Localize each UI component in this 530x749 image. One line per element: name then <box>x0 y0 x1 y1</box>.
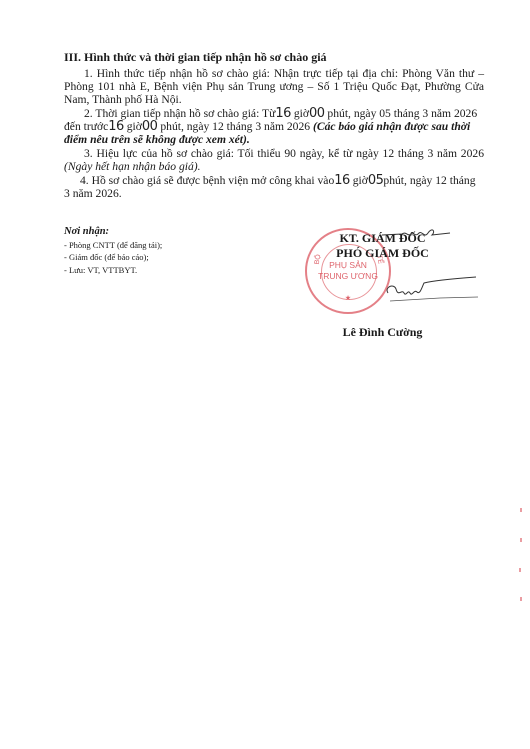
item2-line2-prefix: đến trước <box>64 120 108 133</box>
handwritten-end-hour: 16 <box>108 119 124 134</box>
item1-line1: 1. Hình thức tiếp nhận hồ sơ chào giá: N… <box>84 67 484 80</box>
scan-artifact <box>520 597 522 601</box>
scan-artifact <box>520 508 522 512</box>
signer-name: Lê Đình Cường <box>290 325 475 340</box>
handwritten-end-minute: 00 <box>142 119 158 134</box>
gio-label: giờ <box>353 174 368 187</box>
gio-label: giờ <box>127 120 142 133</box>
item4-line2: 3 năm 2026. <box>64 187 484 200</box>
stamp-star-icon: ★ <box>307 294 389 302</box>
item2-start-rest: phút, ngày 05 tháng 3 năm 2026 <box>327 107 477 120</box>
stamp-text-line2: TRUNG ƯƠNG <box>307 271 389 281</box>
item2-note-part2: điểm nêu trên sẽ không được xem xét). <box>64 133 484 146</box>
handwritten-open-hour: 16 <box>334 173 350 188</box>
gio-label: giờ <box>294 107 309 120</box>
item1-line2: Phòng 101 nhà E, Bệnh viện Phụ sản Trung… <box>64 80 484 93</box>
item3-line2: (Ngày hết hạn nhận báo giá). <box>64 160 484 173</box>
handwritten-start-minute: 00 <box>309 106 325 121</box>
recipients-title: Nơi nhận: <box>64 226 162 239</box>
handwritten-start-hour: 16 <box>275 106 291 121</box>
recipient-item: - Lưu: VT, VTTBYT. <box>64 264 162 277</box>
initials-signature-icon <box>380 225 470 245</box>
scan-artifact <box>519 568 521 572</box>
section-heading: III. Hình thức và thời gian tiếp nhận hồ… <box>64 51 484 64</box>
handwritten-open-minute: 05 <box>368 173 384 188</box>
recipient-item: - Giám đốc (để báo cáo); <box>64 251 162 264</box>
item2-end-rest: phút, ngày 12 tháng 3 năm 2026 <box>160 120 310 133</box>
signature-title-2: PHÓ GIÁM ĐỐC <box>290 246 475 261</box>
scan-artifact <box>520 538 522 542</box>
item2-note-part1: (Các báo giá nhận được sau thời <box>313 120 470 133</box>
recipients-block: Nơi nhận: - Phòng CNTT (để đăng tải); - … <box>64 226 162 276</box>
item3-line1: 3. Hiệu lực của hồ sơ chào giá: Tối thiể… <box>84 147 484 160</box>
signature-icon <box>380 275 480 310</box>
item4-prefix: 4. Hồ sơ chào giá sẽ được bệnh viện mở c… <box>80 174 334 187</box>
recipient-item: - Phòng CNTT (để đăng tải); <box>64 239 162 252</box>
item4-line1: 4. Hồ sơ chào giá sẽ được bệnh viện mở c… <box>80 174 500 187</box>
item2-line2: đến trước16 giờ00 phút, ngày 12 tháng 3 … <box>64 120 484 133</box>
item1-line3: Nam, Thành phố Hà Nội. <box>64 93 484 106</box>
item4-rest: phút, ngày 12 tháng <box>383 174 475 187</box>
